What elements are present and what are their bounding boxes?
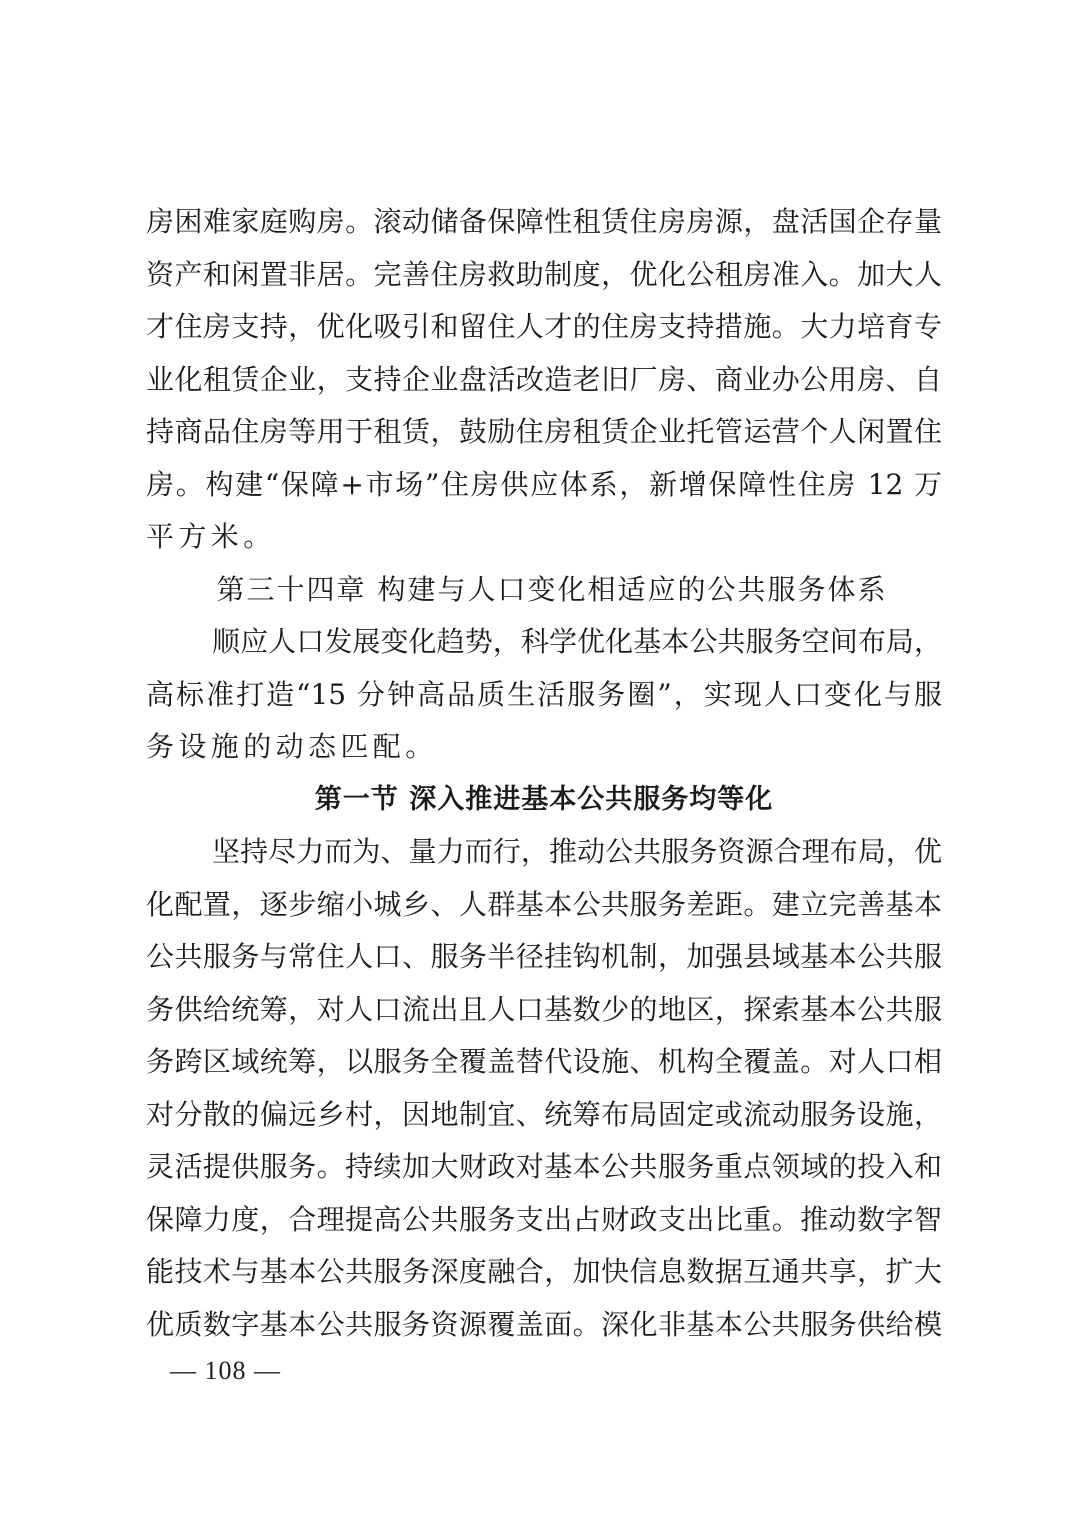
- paragraph-chapter-intro: 顺应人口发展变化趋势，科学优化基本公共服务空间布局， 高标准打造“15 分钟高品…: [146, 616, 942, 774]
- text-line: 业化租赁企业，支持企业盘活改造老旧厂房、商业办公用房、自: [146, 354, 942, 407]
- text-line: 对分散的偏远乡村，因地制宜、统筹布局固定或流动服务设施，: [146, 1089, 942, 1142]
- text-line: 务跨区域统筹，以服务全覆盖替代设施、机构全覆盖。对人口相: [146, 1036, 942, 1089]
- text-line: 公共服务与常住人口、服务半径挂钩机制，加强县域基本公共服: [146, 931, 942, 984]
- chapter-title: 第三十四章 构建与人口变化相适应的公共服务体系: [146, 564, 942, 617]
- text-line: 才住房支持，优化吸引和留住人才的住房支持措施。大力培育专: [146, 301, 942, 354]
- text-line: 坚持尽力而为、量力而行，推动公共服务资源合理布局，优: [146, 826, 942, 879]
- text-line: 保障力度，合理提高公共服务支出占财政支出比重。推动数字智: [146, 1194, 942, 1247]
- text-line: 房困难家庭购房。滚动储备保障性租赁住房房源，盘活国企存量: [146, 196, 942, 249]
- document-page: 房困难家庭购房。滚动储备保障性租赁住房房源，盘活国企存量 资产和闲置非居。完善住…: [146, 196, 942, 1351]
- text-line: 持商品住房等用于租赁，鼓励住房租赁企业托管运营个人闲置住: [146, 406, 942, 459]
- text-line: 优质数字基本公共服务资源覆盖面。深化非基本公共服务供给模: [146, 1299, 942, 1352]
- text-line: 化配置，逐步缩小城乡、人群基本公共服务差距。建立完善基本: [146, 879, 942, 932]
- text-line: 资产和闲置非居。完善住房救助制度，优化公租房准入。加大人: [146, 249, 942, 302]
- page-number: — 108 —: [170, 1356, 281, 1386]
- text-line: 高标准打造“15 分钟高品质生活服务圈”，实现人口变化与服: [146, 669, 942, 722]
- text-line: 顺应人口发展变化趋势，科学优化基本公共服务空间布局，: [146, 616, 942, 669]
- paragraph-housing-continuation: 房困难家庭购房。滚动储备保障性租赁住房房源，盘活国企存量 资产和闲置非居。完善住…: [146, 196, 942, 564]
- text-line: 务供给统筹，对人口流出且人口基数少的地区，探索基本公共服: [146, 984, 942, 1037]
- paragraph-section-body: 坚持尽力而为、量力而行，推动公共服务资源合理布局，优 化配置，逐步缩小城乡、人群…: [146, 826, 942, 1351]
- text-line: 能技术与基本公共服务深度融合，加快信息数据互通共享，扩大: [146, 1246, 942, 1299]
- text-line: 务设施的动态匹配。: [146, 721, 942, 774]
- text-line: 房。构建“保障+市场”住房供应体系，新增保障性住房 12 万: [146, 459, 942, 512]
- section-title: 第一节 深入推进基本公共服务均等化: [146, 774, 942, 827]
- text-line: 灵活提供服务。持续加大财政对基本公共服务重点领域的投入和: [146, 1141, 942, 1194]
- text-line: 平方米。: [146, 511, 942, 564]
